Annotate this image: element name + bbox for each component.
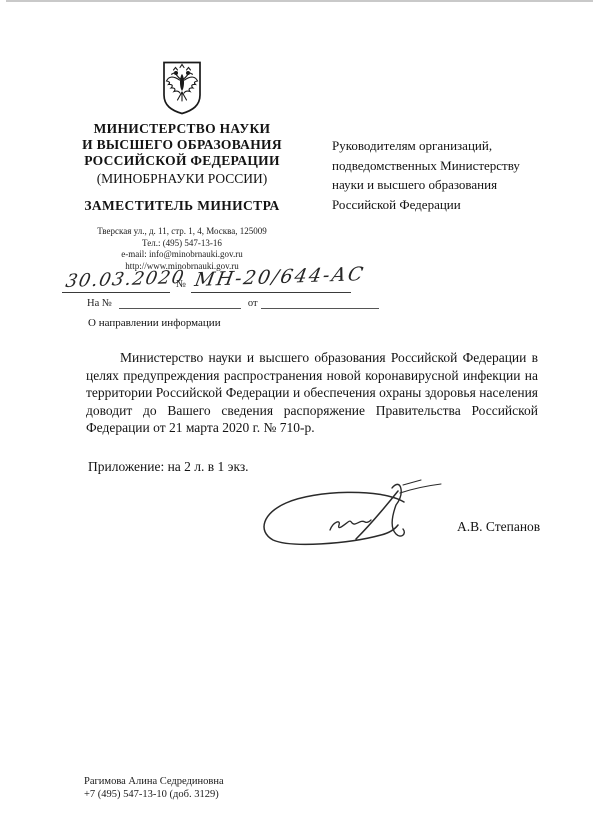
signer-name: А.В. Степанов: [457, 519, 540, 535]
attachment-line: Приложение: на 2 л. в 1 экз.: [88, 459, 249, 475]
executor-phone: +7 (495) 547-13-10 (доб. 3129): [84, 789, 224, 802]
handwritten-date: 30.03.2020: [64, 267, 187, 292]
ministry-name-line-3: РОССИЙСКОЙ ФЕДЕРАЦИИ: [58, 153, 306, 169]
recipient-line: Российской Федерации: [332, 195, 562, 215]
executor-name: Рагимова Алина Седрединовна: [84, 776, 224, 789]
reply-reference-line: На № от: [87, 296, 379, 309]
position-title: ЗАМЕСТИТЕЛЬ МИНИСТРА: [58, 198, 306, 214]
recipient-line: Руководителям организаций,: [332, 136, 562, 156]
signature-icon: [253, 478, 448, 553]
recipient-line: подведомственных Министерству: [332, 156, 562, 176]
email-line: e-mail: info@minobrnauki.gov.ru: [58, 249, 306, 261]
recipient-line: науки и высшего образования: [332, 175, 562, 195]
subject-line: О направлении информации: [88, 317, 221, 329]
reg-date-slot: 30.03.2020: [62, 264, 170, 293]
coat-of-arms-icon: [160, 60, 204, 116]
body-paragraph: Министерство науки и высшего образования…: [86, 349, 538, 437]
scan-artifact-line: [6, 0, 593, 2]
registration-line: 30.03.2020 № МН-20/644-АС: [62, 264, 351, 293]
phone-line: Тел.: (495) 547-13-16: [58, 238, 306, 250]
reply-number-blank: [119, 297, 241, 309]
ministry-name-line-1: МИНИСТЕРСТВО НАУКИ: [58, 121, 306, 137]
reply-prefix-label: На №: [87, 298, 112, 309]
scanned-letter-page: МИНИСТЕРСТВО НАУКИ И ВЫСШЕГО ОБРАЗОВАНИЯ…: [0, 0, 593, 833]
reply-date-blank: [261, 297, 379, 309]
ministry-short-name: (МИНОБРНАУКИ РОССИИ): [58, 171, 306, 187]
recipient-block: Руководителям организаций, подведомствен…: [332, 136, 562, 214]
reply-from-label: от: [248, 298, 258, 309]
handwritten-number: МН-20/644-АС: [193, 263, 367, 291]
executor-block: Рагимова Алина Седрединовна +7 (495) 547…: [84, 776, 224, 801]
ministry-name-line-2: И ВЫСШЕГО ОБРАЗОВАНИЯ: [58, 137, 306, 153]
reg-number-slot: МН-20/644-АС: [191, 264, 351, 293]
letterhead: МИНИСТЕРСТВО НАУКИ И ВЫСШЕГО ОБРАЗОВАНИЯ…: [58, 60, 306, 272]
address-line: Тверская ул., д. 11, стр. 1, 4, Москва, …: [58, 226, 306, 238]
